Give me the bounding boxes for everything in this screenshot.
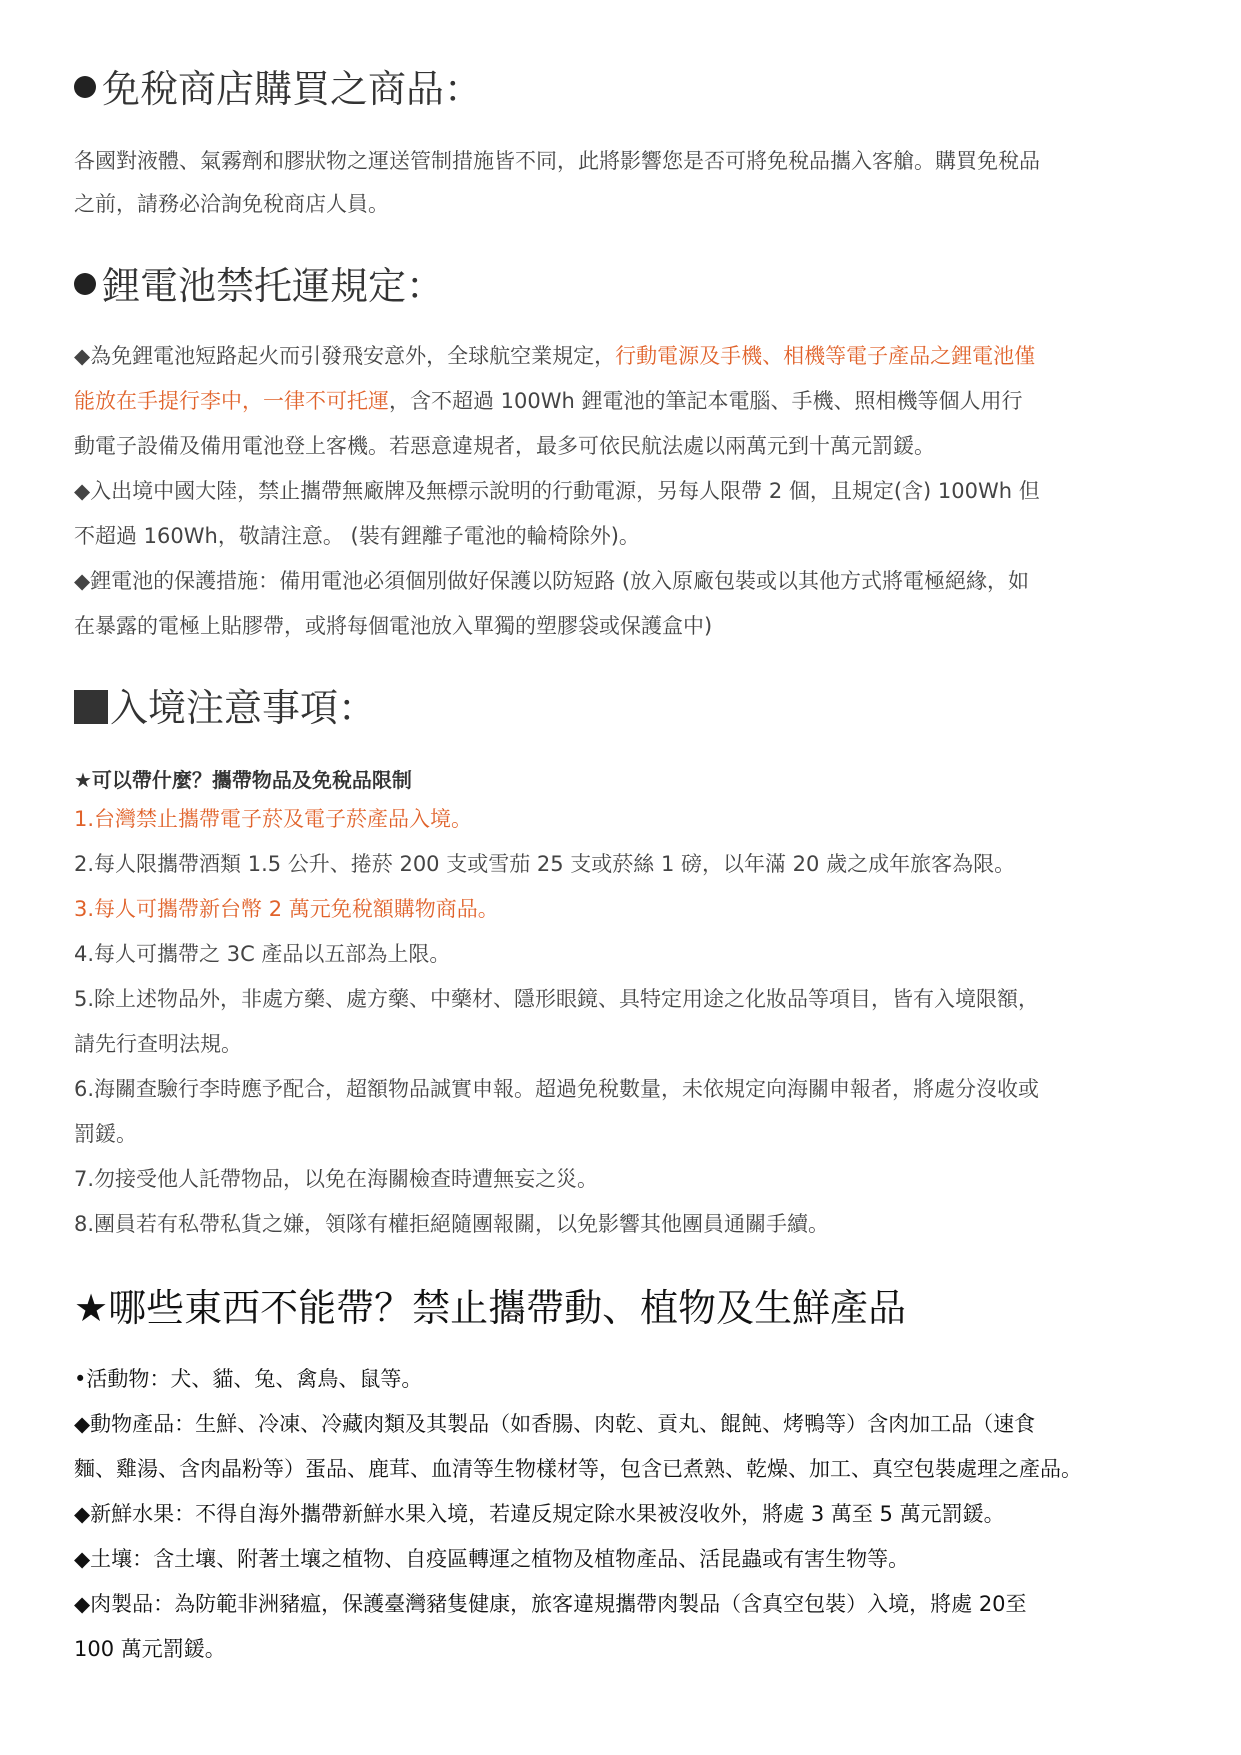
black-circle-icon <box>74 76 96 98</box>
black-square-icon <box>74 690 108 724</box>
highlight-text: 能放在手提行李中，一律不可托運 <box>74 389 389 413</box>
paragraph-line: 各國對液體、氣霧劑和膠狀物之運送管制措施皆不同，此將影響您是否可將免稅品攜入客艙… <box>74 146 1040 176</box>
heading-text: 鋰電池禁托運規定： <box>102 264 444 308</box>
paragraph-line: 在暴露的電極上貼膠帶，或將每個電池放入單獨的塑膠袋或保護盒中) <box>74 611 712 641</box>
list-item: 罰鍰。 <box>74 1119 137 1149</box>
list-item: 1.台灣禁止攜帶電子菸及電子菸產品入境。 <box>74 804 472 834</box>
paragraph-line: 不超過 160Wh，敬請注意。 (裝有鋰離子電池的輪椅除外)。 <box>74 521 640 551</box>
paragraph-line: ◆入出境中國大陸，禁止攜帶無廠牌及無標示說明的行動電源，另每人限帶 2 個，且規… <box>74 476 1040 506</box>
text-segment: ，含不超過 100Wh 鋰電池的筆記本電腦、手機、照相機等個人用行 <box>389 389 1023 413</box>
list-item: ◆動物產品：生鮮、冷凍、冷藏肉類及其製品（如香腸、肉乾、貢丸、餛飩、烤鴨等）含肉… <box>74 1409 1035 1439</box>
list-item: 麵、雞湯、含肉晶粉等）蛋品、鹿茸、血清等生物樣材等，包含已煮熟、乾燥、加工、真空… <box>74 1454 1082 1484</box>
list-item: 7.勿接受他人託帶物品，以免在海關檢查時遭無妄之災。 <box>74 1164 598 1194</box>
list-item: 100 萬元罰鍰。 <box>74 1634 226 1664</box>
list-item: 8.團員若有私帶私貨之嫌，領隊有權拒絕隨團報關，以免影響其他團員通關手續。 <box>74 1209 829 1239</box>
list-item: •活動物：犬、貓、兔、禽鳥、鼠等。 <box>74 1364 422 1394</box>
highlight-text: 行動電源及手機、相機等電子產品之鋰電池僅 <box>615 344 1035 368</box>
text-segment: ◆為免鋰電池短路起火而引發飛安意外，全球航空業規定， <box>74 344 615 368</box>
list-item: ◆土壤：含土壤、附著土壤之植物、自疫區轉運之植物及植物產品、活昆蟲或有害生物等。 <box>74 1544 909 1574</box>
paragraph-line: 之前，請務必洽詢免稅商店人員。 <box>74 189 389 219</box>
list-item: 請先行查明法規。 <box>74 1029 242 1059</box>
list-item: 4.每人可攜帶之 3C 產品以五部為上限。 <box>74 939 450 969</box>
paragraph-line: ◆鋰電池的保護措施：備用電池必須個別做好保護以防短路 (放入原廠包裝或以其他方式… <box>74 566 1029 596</box>
list-item: 2.每人限攜帶酒類 1.5 公升、捲菸 200 支或雪茄 25 支或菸絲 1 磅… <box>74 849 1015 879</box>
heading-duty-free: 免稅商店購買之商品： <box>74 58 482 113</box>
paragraph-line: 動電子設備及備用電池登上客機。若惡意違規者，最多可依民航法處以兩萬元到十萬元罰鍰… <box>74 431 935 461</box>
list-item: 5.除上述物品外，非處方藥、處方藥、中藥材、隱形眼鏡、具特定用途之化妝品等項目，… <box>74 984 1039 1014</box>
list-item: ◆新鮮水果：不得自海外攜帶新鮮水果入境，若違反規定除水果被沒收外，將處 3 萬至… <box>74 1499 1005 1529</box>
black-circle-icon <box>74 273 96 295</box>
subheading-allowed-items: ★可以帶什麼？攜帶物品及免稅品限制 <box>74 764 412 793</box>
heading-prohibited: ★哪些東西不能帶？禁止攜帶動、植物及生鮮產品 <box>74 1277 906 1332</box>
heading-entry: 入境注意事項： <box>74 677 376 732</box>
list-item: ◆肉製品：為防範非洲豬瘟，保護臺灣豬隻健康，旅客違規攜帶肉製品（含真空包裝）入境… <box>74 1589 1027 1619</box>
list-item: 6.海關查驗行李時應予配合，超額物品誠實申報。超過免稅數量，未依規定向海關申報者… <box>74 1074 1039 1104</box>
paragraph-line: ◆為免鋰電池短路起火而引發飛安意外，全球航空業規定，行動電源及手機、相機等電子產… <box>74 341 1035 371</box>
paragraph-line: 能放在手提行李中，一律不可托運，含不超過 100Wh 鋰電池的筆記本電腦、手機、… <box>74 386 1023 416</box>
list-item: 3.每人可攜帶新台幣 2 萬元免稅額購物商品。 <box>74 894 499 924</box>
heading-lithium: 鋰電池禁托運規定： <box>74 255 444 310</box>
heading-text: 免稅商店購買之商品： <box>102 67 482 111</box>
heading-text: 入境注意事項： <box>110 686 376 730</box>
